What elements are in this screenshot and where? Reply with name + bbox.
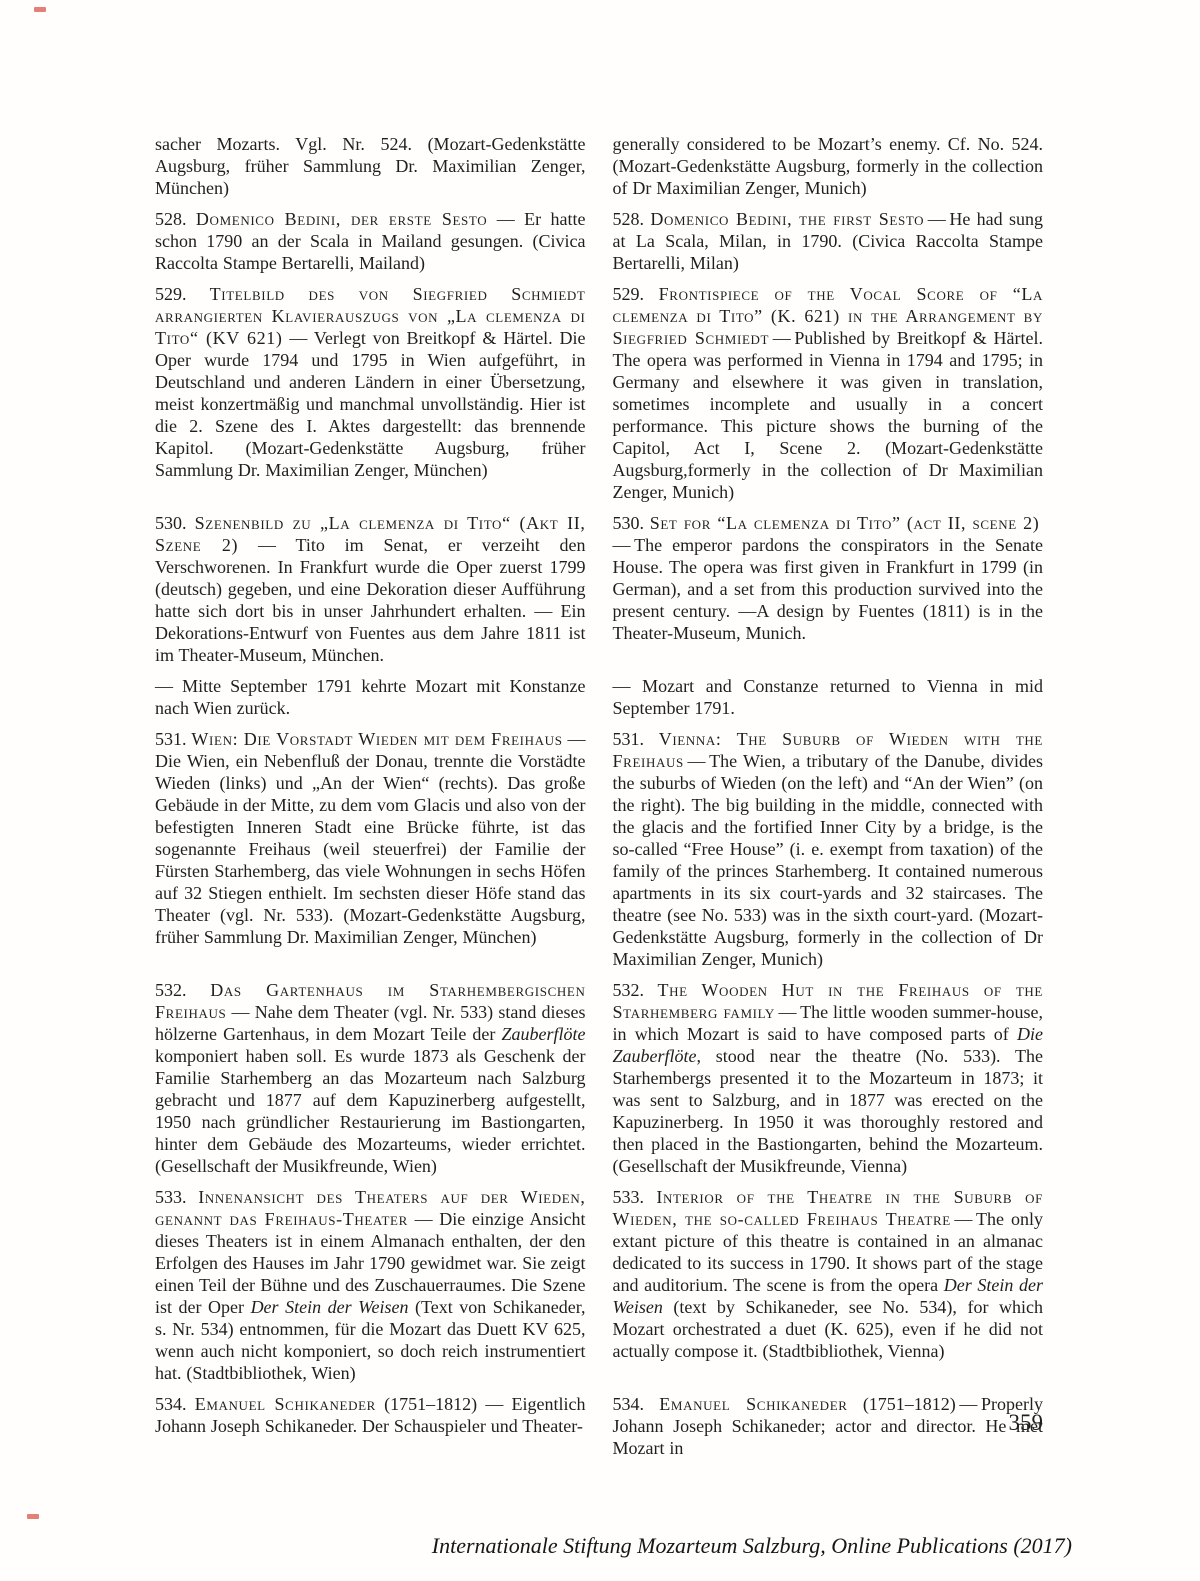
column-english: 528. Domenico Bedini, the first Sesto — …	[613, 208, 1044, 274]
column-english: 529. Frontispiece of the Vocal Score of …	[613, 283, 1044, 503]
red-registration-mark-top	[34, 7, 46, 12]
body-text: sacher Mozarts. Vgl. Nr. 524. (Mozart-Ge…	[155, 134, 586, 198]
paragraph-german: 533. Innenansicht des Theaters auf der W…	[155, 1186, 586, 1384]
body-text: (text by Schikaneder, see No. 534), for …	[613, 1297, 1044, 1361]
entry-row-528: 528. Domenico Bedini, der erste Sesto — …	[155, 208, 1043, 274]
body-text: 533.	[613, 1187, 657, 1207]
paragraph-german: 531. Wien: Die Vorstadt Wieden mit dem F…	[155, 728, 586, 948]
paragraph-german: 529. Titelbild des von Siegfried Schmied…	[155, 283, 586, 481]
catalog-entries: sacher Mozarts. Vgl. Nr. 524. (Mozart-Ge…	[155, 133, 1043, 1459]
paragraph-english: 531. Vienna: The Suburb of Wieden with t…	[613, 728, 1044, 970]
body-text: komponiert haben soll. Es wurde 1873 als…	[155, 1046, 586, 1176]
column-english: 531. Vienna: The Suburb of Wieden with t…	[613, 728, 1044, 970]
footer-credit: Internationale Stiftung Mozarteum Salzbu…	[0, 1533, 1072, 1559]
page-number: 359	[155, 1410, 1043, 1436]
entry-heading-smallcaps: Set for “La clemenza di Tito” (act II, s…	[650, 513, 1040, 533]
body-text: 530.	[613, 513, 650, 533]
paragraph-english: 533. Interior of the Theatre in the Subu…	[613, 1186, 1044, 1362]
body-text: 531.	[613, 729, 659, 749]
paragraph-english: 529. Frontispiece of the Vocal Score of …	[613, 283, 1044, 503]
body-text: 530.	[155, 513, 195, 533]
column-english: generally considered to be Mozart’s enem…	[613, 133, 1044, 199]
red-registration-mark-bottom	[27, 1514, 39, 1519]
paragraph-german: 530. Szenenbild zu „La clemenza di Tito“…	[155, 512, 586, 666]
paragraph-english: 532. The Wooden Hut in the Freihaus of t…	[613, 979, 1044, 1177]
column-german: — Mitte September 1791 kehrte Mozart mit…	[155, 675, 586, 719]
body-text: 532.	[155, 980, 210, 1000]
column-german: 529. Titelbild des von Siegfried Schmied…	[155, 283, 586, 503]
paragraph-english: — Mozart and Constanze returned to Vienn…	[613, 675, 1044, 719]
column-english: 530. Set for “La clemenza di Tito” (act …	[613, 512, 1044, 666]
paragraph-english: 528. Domenico Bedini, the first Sesto — …	[613, 208, 1044, 274]
column-german: 530. Szenenbild zu „La clemenza di Tito“…	[155, 512, 586, 666]
column-german: 533. Innenansicht des Theaters auf der W…	[155, 1186, 586, 1384]
column-english: 532. The Wooden Hut in the Freihaus of t…	[613, 979, 1044, 1177]
entry-row-532: 532. Das Gartenhaus im Starhembergischen…	[155, 979, 1043, 1177]
column-english: 533. Interior of the Theatre in the Subu…	[613, 1186, 1044, 1384]
book-page: sacher Mozarts. Vgl. Nr. 524. (Mozart-Ge…	[0, 0, 1200, 1581]
entry-row-527-continuation: sacher Mozarts. Vgl. Nr. 524. (Mozart-Ge…	[155, 133, 1043, 199]
entry-row-531: 531. Wien: Die Vorstadt Wieden mit dem F…	[155, 728, 1043, 970]
body-text: 532.	[613, 980, 658, 1000]
paragraph-german: 528. Domenico Bedini, der erste Sesto — …	[155, 208, 586, 274]
column-german: 531. Wien: Die Vorstadt Wieden mit dem F…	[155, 728, 586, 970]
entry-heading-smallcaps: Wien: Die Vorstadt Wieden mit dem Freiha…	[191, 729, 562, 749]
entry-heading-smallcaps: Domenico Bedini, the first Sesto	[650, 209, 924, 229]
column-german: 528. Domenico Bedini, der erste Sesto — …	[155, 208, 586, 274]
paragraph-german: 532. Das Gartenhaus im Starhembergischen…	[155, 979, 586, 1177]
body-text: 529.	[613, 284, 659, 304]
body-text: 528.	[613, 209, 651, 229]
column-german: 532. Das Gartenhaus im Starhembergischen…	[155, 979, 586, 1177]
paragraph-german: — Mitte September 1791 kehrte Mozart mit…	[155, 675, 586, 719]
column-english: — Mozart and Constanze returned to Vienn…	[613, 675, 1044, 719]
body-text: 529.	[155, 284, 210, 304]
body-text: — Published by Breitkopf & Härtel. The o…	[613, 328, 1044, 502]
paragraph-english: 530. Set for “La clemenza di Tito” (act …	[613, 512, 1044, 644]
paragraph-german: sacher Mozarts. Vgl. Nr. 524. (Mozart-Ge…	[155, 133, 586, 199]
body-text: — Verlegt von Breitkopf & Härtel. Die Op…	[155, 328, 586, 480]
body-text: — The Wien, a tributary of the Danube, d…	[613, 751, 1044, 969]
column-german: sacher Mozarts. Vgl. Nr. 524. (Mozart-Ge…	[155, 133, 586, 199]
entry-row-note-september-1791: — Mitte September 1791 kehrte Mozart mit…	[155, 675, 1043, 719]
italic-title: Der Stein der Weisen	[251, 1297, 409, 1317]
entry-heading-smallcaps: Domenico Bedini, der erste Sesto	[196, 209, 487, 229]
entry-row-529: 529. Titelbild des von Siegfried Schmied…	[155, 283, 1043, 503]
body-text: 531.	[155, 729, 191, 749]
entry-row-530: 530. Szenenbild zu „La clemenza di Tito“…	[155, 512, 1043, 666]
body-text: 533.	[155, 1187, 198, 1207]
italic-title: Zauberflöte	[502, 1024, 586, 1044]
entry-row-533: 533. Innenansicht des Theaters auf der W…	[155, 1186, 1043, 1384]
body-text: — Mozart and Constanze returned to Vienn…	[613, 676, 1044, 718]
body-text: generally considered to be Mozart’s enem…	[613, 134, 1044, 198]
body-text: 528.	[155, 209, 196, 229]
body-text: — Die Wien, ein Nebenfluß der Donau, tre…	[155, 729, 586, 947]
paragraph-english: generally considered to be Mozart’s enem…	[613, 133, 1044, 199]
body-text: — Mitte September 1791 kehrte Mozart mit…	[155, 676, 586, 718]
